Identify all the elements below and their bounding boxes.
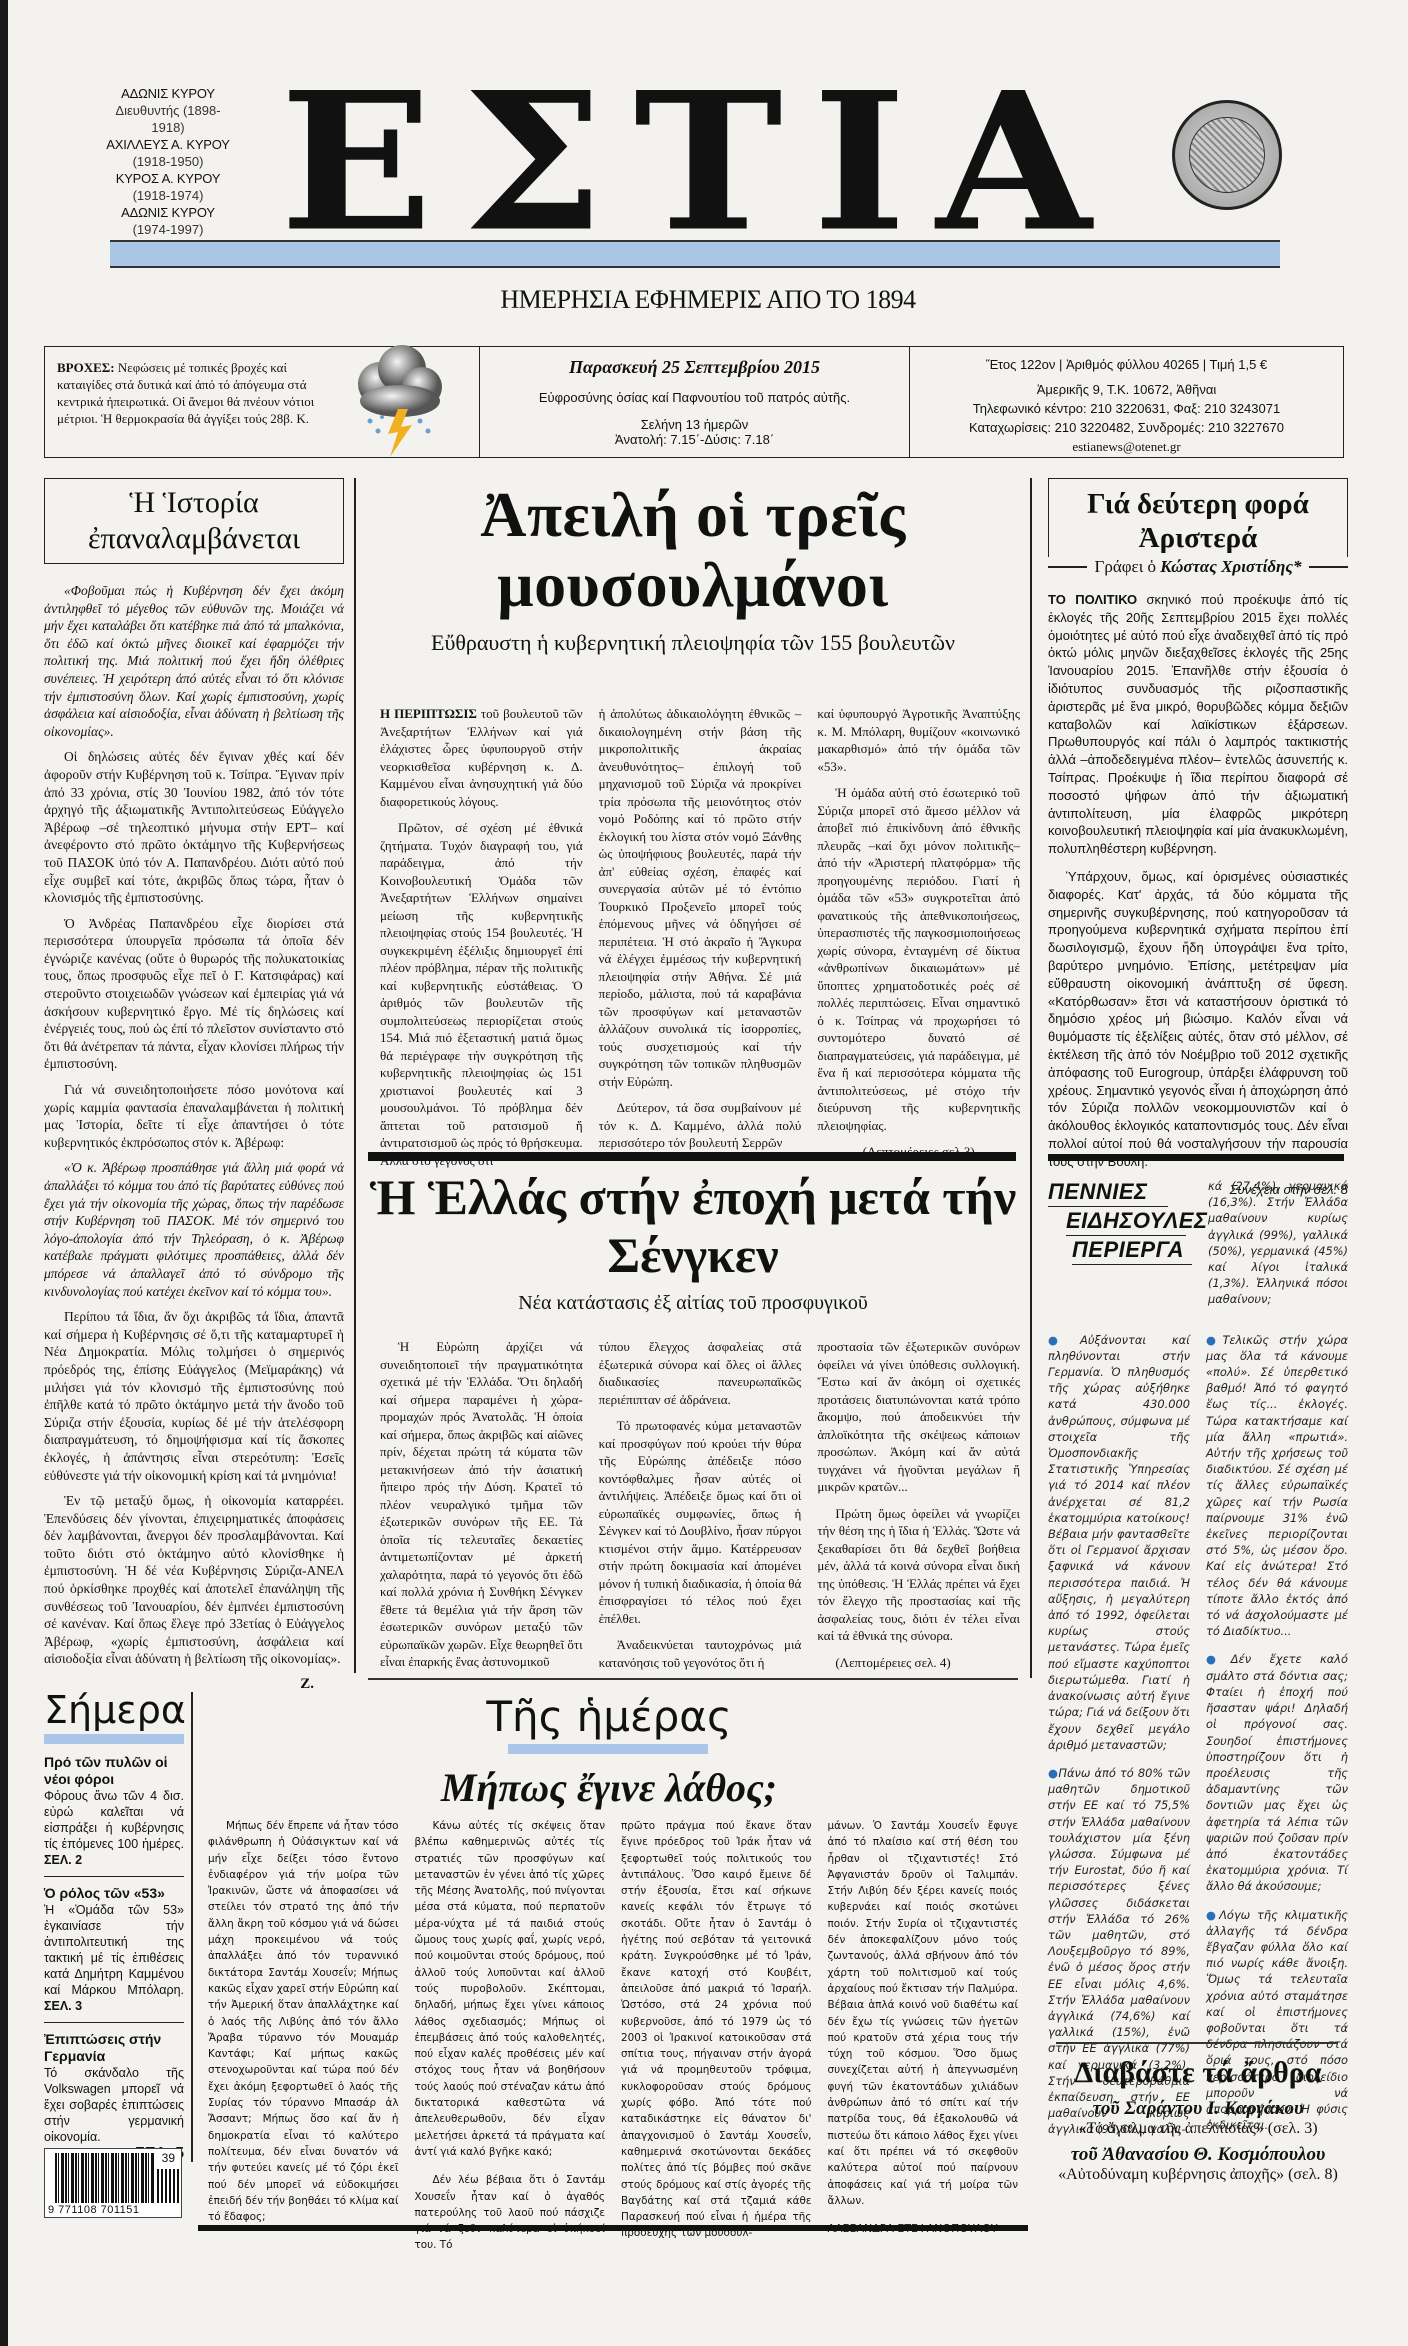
byline-rule bbox=[1048, 566, 1087, 568]
brief-item: ●Τελικῶς στήν χώρα μας ὅλα τά κάνουμε «π… bbox=[1206, 1332, 1348, 1640]
editorial-title: Ἡ Ἱστορία ἐπαναλαμβάνεται bbox=[44, 478, 344, 564]
date-box: Παρασκευή 25 Σεπτεμβρίου 2015 Εὐφροσύνης… bbox=[480, 347, 910, 457]
ads-subscriptions: Καταχωρίσεις: 210 3220482, Συνδρομές: 21… bbox=[910, 418, 1343, 437]
email-link[interactable]: estianews@otenet.gr bbox=[910, 437, 1343, 456]
founders-list: ΑΔΩΝΙΣ ΚΥΡΟΥ Διευθυντής (1898-1918) ΑΧΙΛ… bbox=[103, 85, 233, 238]
today-title: Σήμερα bbox=[44, 1688, 184, 1732]
column-divider bbox=[1030, 478, 1032, 1678]
paragraph: Μήπως δέν ἔπρεπε νά ἦταν τόσο φιλάνθρωπη… bbox=[208, 1818, 399, 2225]
bullet-icon: ● bbox=[1048, 1766, 1058, 1780]
section-divider bbox=[368, 1678, 1018, 1680]
brief-text: Τελικῶς στήν χώρα μας ὅλα τά κάνουμε «πο… bbox=[1206, 1333, 1348, 1639]
paragraph: Δεύτερον, τά ὅσα συμβαίνουν μέ τόν κ. Δ.… bbox=[599, 1099, 802, 1152]
column-divider bbox=[354, 478, 356, 1673]
author-name: Κώστας Χριστίδης* bbox=[1160, 557, 1301, 576]
schengen-story-body: Ἡ Εὐρώπη ἀρχίζει νά συνειδητοποιεῖ τήν π… bbox=[380, 1338, 1020, 1680]
paragraph: Ὑπάρχουν, ὅμως, καί ὁρισμένες οὐσιαστικέ… bbox=[1048, 868, 1348, 1171]
paragraph: Ἡ Εὐρώπη ἀρχίζει νά συνειδητοποιεῖ τήν π… bbox=[380, 1338, 583, 1671]
paragraph: πρῶτο πράγμα πού ἔκανε ὅταν ἔγινε πρόεδρ… bbox=[621, 1818, 812, 2242]
section-divider bbox=[198, 2225, 1028, 2231]
founder-years: (1918-1950) bbox=[103, 153, 233, 170]
paragraph: καί ὑφυπουργό Ἀγροτικῆς Ἀναπτύξης κ. Μ. … bbox=[817, 705, 1020, 775]
article-author: τοῦ Ἀθανασίου Θ. Κοσμόπουλου bbox=[1048, 2144, 1348, 2166]
briefs-columns: ●Αὐξάνονται καί πληθύνονται στήν Γερμανί… bbox=[1048, 1332, 1348, 2150]
briefs-title-line: ΠΕΡΙΕΡΓΑ bbox=[1072, 1236, 1192, 1265]
section-accent-bar bbox=[508, 1744, 708, 1754]
paragraph: Ἐν τῷ μεταξύ ὅμως, ἡ οἰκονομία καταρρέει… bbox=[44, 1492, 344, 1668]
story-column: μάνων. Ὁ Σαντάμ Χουσεΐν ἔφυγε ἀπό τό πλα… bbox=[828, 1818, 1019, 2266]
address: Ἀμερικῆς 9, Τ.Κ. 10672, Ἀθῆναι bbox=[910, 380, 1343, 399]
paragraph: «Ὁ κ. Ἀβέρωφ προσπάθησε γιά ἄλλη μιά φορ… bbox=[44, 1159, 344, 1300]
briefs-column: ●Αὐξάνονται καί πληθύνονται στήν Γερμανί… bbox=[1048, 1332, 1190, 2150]
newspaper-logo: ΕΣΤΙΑ bbox=[280, 82, 1100, 244]
info-band: ΒΡΟΧΕΣ: Νεφώσεις μέ τοπικές βροχές καί κ… bbox=[44, 346, 1344, 458]
briefs-title-line: ΠΕΝΝΙΕΣ bbox=[1048, 1178, 1168, 1207]
read-articles-box: Διαβάστε τά ἄρθρα τοῦ Σαράντου Ι. Καργάκ… bbox=[1048, 2056, 1348, 2190]
paragraph: Τό πρωτοφανές κύμα μεταναστῶν καί προσφύ… bbox=[599, 1417, 802, 1627]
paragraph: Δέν λέω βέβαια ὅτι ὁ Σαντάμ Χουσεΐν ἦταν… bbox=[415, 2172, 606, 2253]
paragraph: ἡ ἀπολύτως ἀδικαιολόγητη ἐθνικῶς –δικαιο… bbox=[599, 705, 802, 1090]
column-body: Μήπως δέν ἔπρεπε νά ἦταν τόσο φιλάνθρωπη… bbox=[208, 1818, 1018, 2266]
lead-headline[interactable]: Ἀπειλή οἱ τρεῖς μουσουλμάνοι bbox=[358, 480, 1028, 620]
paragraph: «Φοβοῦμαι πώς ἡ Κυβέρνηση δέν ἔχει ἀκόμη… bbox=[44, 582, 344, 740]
story-column: πρῶτο πράγμα πού ἔκανε ὅταν ἔγινε πρόεδρ… bbox=[621, 1818, 812, 2266]
phone-fax: Τηλεφωνικό κέντρο: 210 3220631, Φαξ: 210… bbox=[910, 399, 1343, 418]
briefs-section: ΠΕΝΝΙΕΣ ΕΙΔΗΣΟΥΛΕΣ ΠΕΡΙΕΡΓΑ κά (27,4%), … bbox=[1048, 1178, 1348, 2150]
paragraph: Οἱ δηλώσεις αὐτές δέν ἔγιναν χθές καί δέ… bbox=[44, 748, 344, 906]
column-divider bbox=[191, 1692, 193, 2162]
article-link[interactable]: «Αὐτοδύναμη κυβέρνησις ἀποχῆς» (σελ. 8) bbox=[1048, 2166, 1348, 2184]
brief-text: Αὐξάνονται καί πληθύνονται στήν Γερμανία… bbox=[1048, 1333, 1190, 1752]
bullet-icon: ● bbox=[1206, 1333, 1222, 1347]
sunrise-sunset: Ἀνατολή: 7.15΄-Δύσις: 7.18΄ bbox=[480, 432, 909, 447]
today-item-text: Ἡ «Ὁμάδα τῶν 53» ἐγκαινίασε τήν ἀντιπολι… bbox=[44, 1903, 184, 1997]
lead-in: Η ΠΕΡΙΠΤΩΣΙΣ bbox=[380, 706, 477, 721]
issue-date: Παρασκευή 25 Σεπτεμβρίου 2015 bbox=[480, 357, 909, 378]
founder-name: ΑΧΙΛΛΕΥΣ Α. ΚΥΡΟΥ bbox=[103, 136, 233, 153]
paragraph: Πρῶτον, σέ σχέση μέ ἐθνικά ζητήματα. Τυχ… bbox=[380, 819, 583, 1169]
story-column: τύπου ἔλεγχος ἀσφαλείας στά ἐξωτερικά σύ… bbox=[599, 1338, 802, 1680]
paragraph: Ἡ ὁμάδα αὐτή στό ἐσωτερικό τοῦ Σύριζα μπ… bbox=[817, 784, 1020, 1134]
athens-seal-icon bbox=[1172, 100, 1282, 210]
lead-story-body: Η ΠΕΡΙΠΤΩΣΙΣ τοῦ βουλευτοῦ τῶν Ἀνεξαρτήτ… bbox=[380, 705, 1020, 1178]
barcode-icon: 39 9 771108 701151 bbox=[44, 2148, 182, 2218]
paragraph: μάνων. Ὁ Σαντάμ Χουσεΐν ἔφυγε ἀπό τό πλα… bbox=[828, 1818, 1019, 2209]
story-column: καί ὑφυπουργό Ἀγροτικῆς Ἀναπτύξης κ. Μ. … bbox=[817, 705, 1020, 1178]
paragraph: Γιά νά συνειδητοποιήσετε πόσο μονότονα κ… bbox=[44, 1081, 344, 1151]
paragraph: Ὁ Ἀνδρέας Παπανδρέου εἶχε διορίσει στά π… bbox=[44, 915, 344, 1073]
byline: Γράφει ὁ Κώστας Χριστίδης* bbox=[1048, 557, 1348, 577]
story-column: Η ΠΕΡΙΠΤΩΣΙΣ τοῦ βουλευτοῦ τῶν Ἀνεξαρτήτ… bbox=[380, 705, 583, 1178]
founder-name: ΚΥΡΟΣ Α. ΚΥΡΟΥ bbox=[103, 170, 233, 187]
masthead-accent-bar bbox=[110, 240, 1280, 268]
today-item-body: Φόρους ἄνω τῶν 4 δισ. εὐρώ καλεῖται νά ε… bbox=[44, 1788, 184, 1868]
bullet-icon: ● bbox=[1048, 1333, 1080, 1347]
paragraph: Πρώτη ὅμως ὀφείλει νά γνωρίζει τήν θέση … bbox=[817, 1505, 1020, 1645]
opinion-title: Γιά δεύτερη φορά Ἀριστερά bbox=[1048, 478, 1348, 557]
issue-info: Ἔτος 122ον | Ἀριθμός φύλλου 40265 | Τιμή… bbox=[910, 355, 1343, 374]
story-column: Ἡ Εὐρώπη ἀρχίζει νά συνειδητοποιεῖ τήν π… bbox=[380, 1338, 583, 1680]
section-divider bbox=[368, 1152, 1016, 1161]
briefs-title: ΠΕΝΝΙΕΣ ΕΙΔΗΣΟΥΛΕΣ ΠΕΡΙΕΡΓΑ bbox=[1048, 1178, 1192, 1320]
today-item[interactable]: Ὁ ρόλος τῶν «53» Ἡ «Ὁμάδα τῶν 53» ἐγκαιν… bbox=[44, 1885, 184, 2023]
paragraph-text: σκηνικό πού προέκυψε ἀπό τίς ἐκλογές τῆς… bbox=[1048, 592, 1348, 856]
byline-prefix: Γράφει ὁ bbox=[1095, 557, 1161, 576]
schengen-headline[interactable]: Ἡ Ἑλλάς στήν ἐποχή μετά τήν Σένγκεν bbox=[358, 1168, 1028, 1284]
brief-text: Δέν ἔχετε καλό σμάλτο στά δόντια σας; Φτ… bbox=[1206, 1652, 1348, 1893]
paragraph: ΤΟ ΠΟΛΙΤΙΚΟ σκηνικό πού προέκυψε ἀπό τίς… bbox=[1048, 591, 1348, 858]
weather-forecast: ΒΡΟΧΕΣ: Νεφώσεις μέ τοπικές βροχές καί κ… bbox=[57, 359, 327, 427]
today-item-body: Ἡ «Ὁμάδα τῶν 53» ἐγκαινίασε τήν ἀντιπολι… bbox=[44, 1902, 184, 2014]
tagline: ΗΜΕΡΗΣΙΑ ΕΦΗΜΕΡΙΣ ΑΠΟ ΤΟ 1894 bbox=[8, 285, 1408, 315]
story-column: προστασία τῶν ἐξωτερικῶν συνόρων ὀφείλει… bbox=[817, 1338, 1020, 1680]
editorial-body: «Φοβοῦμαι πώς ἡ Κυβέρνηση δέν ἔχει ἀκόμη… bbox=[44, 582, 344, 1694]
column-section-title: Τῆς ἡμέρας bbox=[194, 1692, 1024, 1741]
section-divider bbox=[1056, 2042, 1338, 2044]
today-item[interactable]: Πρό τῶν πυλῶν οἱ νέοι φόροι Φόρους ἄνω τ… bbox=[44, 1754, 184, 1877]
byline-text: Γράφει ὁ Κώστας Χριστίδης* bbox=[1095, 557, 1302, 577]
paragraph: Η ΠΕΡΙΠΤΩΣΙΣ τοῦ βουλευτοῦ τῶν Ἀνεξαρτήτ… bbox=[380, 705, 583, 810]
paragraph: τύπου ἔλεγχος ἀσφαλείας στά ἐξωτερικά σύ… bbox=[599, 1338, 802, 1408]
weather-label: ΒΡΟΧΕΣ: bbox=[57, 360, 115, 375]
briefs-column: ●Τελικῶς στήν χώρα μας ὅλα τά κάνουμε «π… bbox=[1206, 1332, 1348, 2150]
page-ref: ΣΕΛ. 2 bbox=[44, 1853, 82, 1867]
brief-text: κά (27,4%), γερμανικά (16,3%). Στήν Ἑλλά… bbox=[1208, 1178, 1348, 1308]
founder-years: (1918-1974) bbox=[103, 187, 233, 204]
story-column: Κάνω αὐτές τίς σκέψεις ὅταν βλέπω καθημε… bbox=[415, 1818, 606, 2266]
today-item-body: Τό σκάνδαλο τῆς Volkswagen μπορεῖ νά ἔχε… bbox=[44, 2065, 184, 2145]
story-column: Μήπως δέν ἔπρεπε νά ἦταν τόσο φιλάνθρωπη… bbox=[208, 1818, 399, 2266]
today-item-heading: Πρό τῶν πυλῶν οἱ νέοι φόροι bbox=[44, 1754, 184, 1788]
brief-item: ●Αὐξάνονται καί πληθύνονται στήν Γερμανί… bbox=[1048, 1332, 1190, 1753]
paragraph: Κάνω αὐτές τίς σκέψεις ὅταν βλέπω καθημε… bbox=[415, 1818, 606, 2160]
brief-continuation: κά (27,4%), γερμανικά (16,3%). Στήν Ἑλλά… bbox=[1208, 1178, 1348, 1320]
byline-rule bbox=[1309, 566, 1348, 568]
bullet-icon: ● bbox=[1206, 1652, 1231, 1666]
paragraph: Περίπου τά ἴδια, ἄν ὄχι ἀκριβῶς τά ἴδια,… bbox=[44, 1308, 344, 1484]
opinion-column: Γιά δεύτερη φορά Ἀριστερά Γράφει ὁ Κώστα… bbox=[1048, 478, 1348, 1198]
founder-years: (1974-1997) bbox=[103, 221, 233, 238]
today-item-heading: Ὁ ρόλος τῶν «53» bbox=[44, 1885, 184, 1902]
bullet-icon: ● bbox=[1206, 1908, 1219, 1922]
founder-name: ΑΔΩΝΙΣ ΚΥΡΟΥ bbox=[103, 204, 233, 221]
newspaper-front-page: ΑΔΩΝΙΣ ΚΥΡΟΥ Διευθυντής (1898-1918) ΑΧΙΛ… bbox=[8, 0, 1408, 2346]
contact-box: Ἔτος 122ον | Ἀριθμός φύλλου 40265 | Τιμή… bbox=[910, 347, 1343, 457]
brief-item: ●Δέν ἔχετε καλό σμάλτο στά δόντια σας; Φ… bbox=[1206, 1651, 1348, 1894]
founder-years: Διευθυντής (1898-1918) bbox=[103, 102, 233, 136]
founder-name: ΑΔΩΝΙΣ ΚΥΡΟΥ bbox=[103, 85, 233, 102]
barcode-number: 9 771108 701151 bbox=[48, 2204, 140, 2216]
edition-number: 39 bbox=[162, 2151, 175, 2165]
paragraph: προστασία τῶν ἐξωτερικῶν συνόρων ὀφείλει… bbox=[817, 1338, 1020, 1496]
section-divider bbox=[1048, 1154, 1344, 1161]
editorial-column: Ἡ Ἱστορία ἐπαναλαμβάνεται «Φοβοῦμαι πώς … bbox=[44, 478, 344, 1694]
article-link[interactable]: «Τό ἄγαλμα τῆς ἀπελπισίας» (σελ. 3) bbox=[1048, 2120, 1348, 2138]
column-headline[interactable]: Μήπως ἔγινε λάθος; bbox=[194, 1764, 1024, 1811]
weather-box: ΒΡΟΧΕΣ: Νεφώσεις μέ τοπικές βροχές καί κ… bbox=[45, 347, 480, 457]
schengen-subheadline: Νέα κατάστασις ἐξ αἰτίας τοῦ προσφυγικοῦ bbox=[358, 1292, 1028, 1315]
page-ref: ΣΕΛ. 3 bbox=[44, 1999, 82, 2013]
today-accent-bar bbox=[44, 1734, 184, 1744]
see-details-link[interactable]: (Λεπτομέρειες σελ. 4) bbox=[817, 1654, 1020, 1672]
briefs-title-line: ΕΙΔΗΣΟΥΛΕΣ bbox=[1066, 1207, 1186, 1236]
lead-in: ΤΟ ΠΟΛΙΤΙΚΟ bbox=[1048, 592, 1137, 607]
paragraph-text: τοῦ βουλευτοῦ τῶν Ἀνεξαρτήτων Ἑλλήνων κα… bbox=[380, 706, 583, 809]
saints-of-day: Εὐφροσύνης ὁσίας καί Παφνουτίου τοῦ πατρ… bbox=[480, 390, 909, 405]
today-index: Σήμερα Πρό τῶν πυλῶν οἱ νέοι φόροι Φόρου… bbox=[44, 1688, 184, 2179]
lead-subheadline: Εὔθραυστη ἡ κυβερνητική πλειοψηφία τῶν 1… bbox=[358, 630, 1028, 656]
opinion-body: ΤΟ ΠΟΛΙΤΙΚΟ σκηνικό πού προέκυψε ἀπό τίς… bbox=[1048, 591, 1348, 1198]
storm-cloud-icon bbox=[340, 339, 460, 459]
moon-phase: Σελήνη 13 ἡμερῶν bbox=[480, 417, 909, 432]
paragraph: Ἀναδεικνύεται ταυτοχρόνως μιά κατανόησις… bbox=[599, 1636, 802, 1671]
story-column: ἡ ἀπολύτως ἀδικαιολόγητη ἐθνικῶς –δικαιο… bbox=[599, 705, 802, 1178]
today-item-text: Φόρους ἄνω τῶν 4 δισ. εὐρώ καλεῖται νά ε… bbox=[44, 1789, 184, 1851]
article-author: τοῦ Σαράντου Ι. Καργάκου bbox=[1048, 2098, 1348, 2120]
read-articles-title: Διαβάστε τά ἄρθρα bbox=[1048, 2056, 1348, 2090]
today-item-heading: Ἐπιπτώσεις στήν Γερμανία bbox=[44, 2031, 184, 2065]
